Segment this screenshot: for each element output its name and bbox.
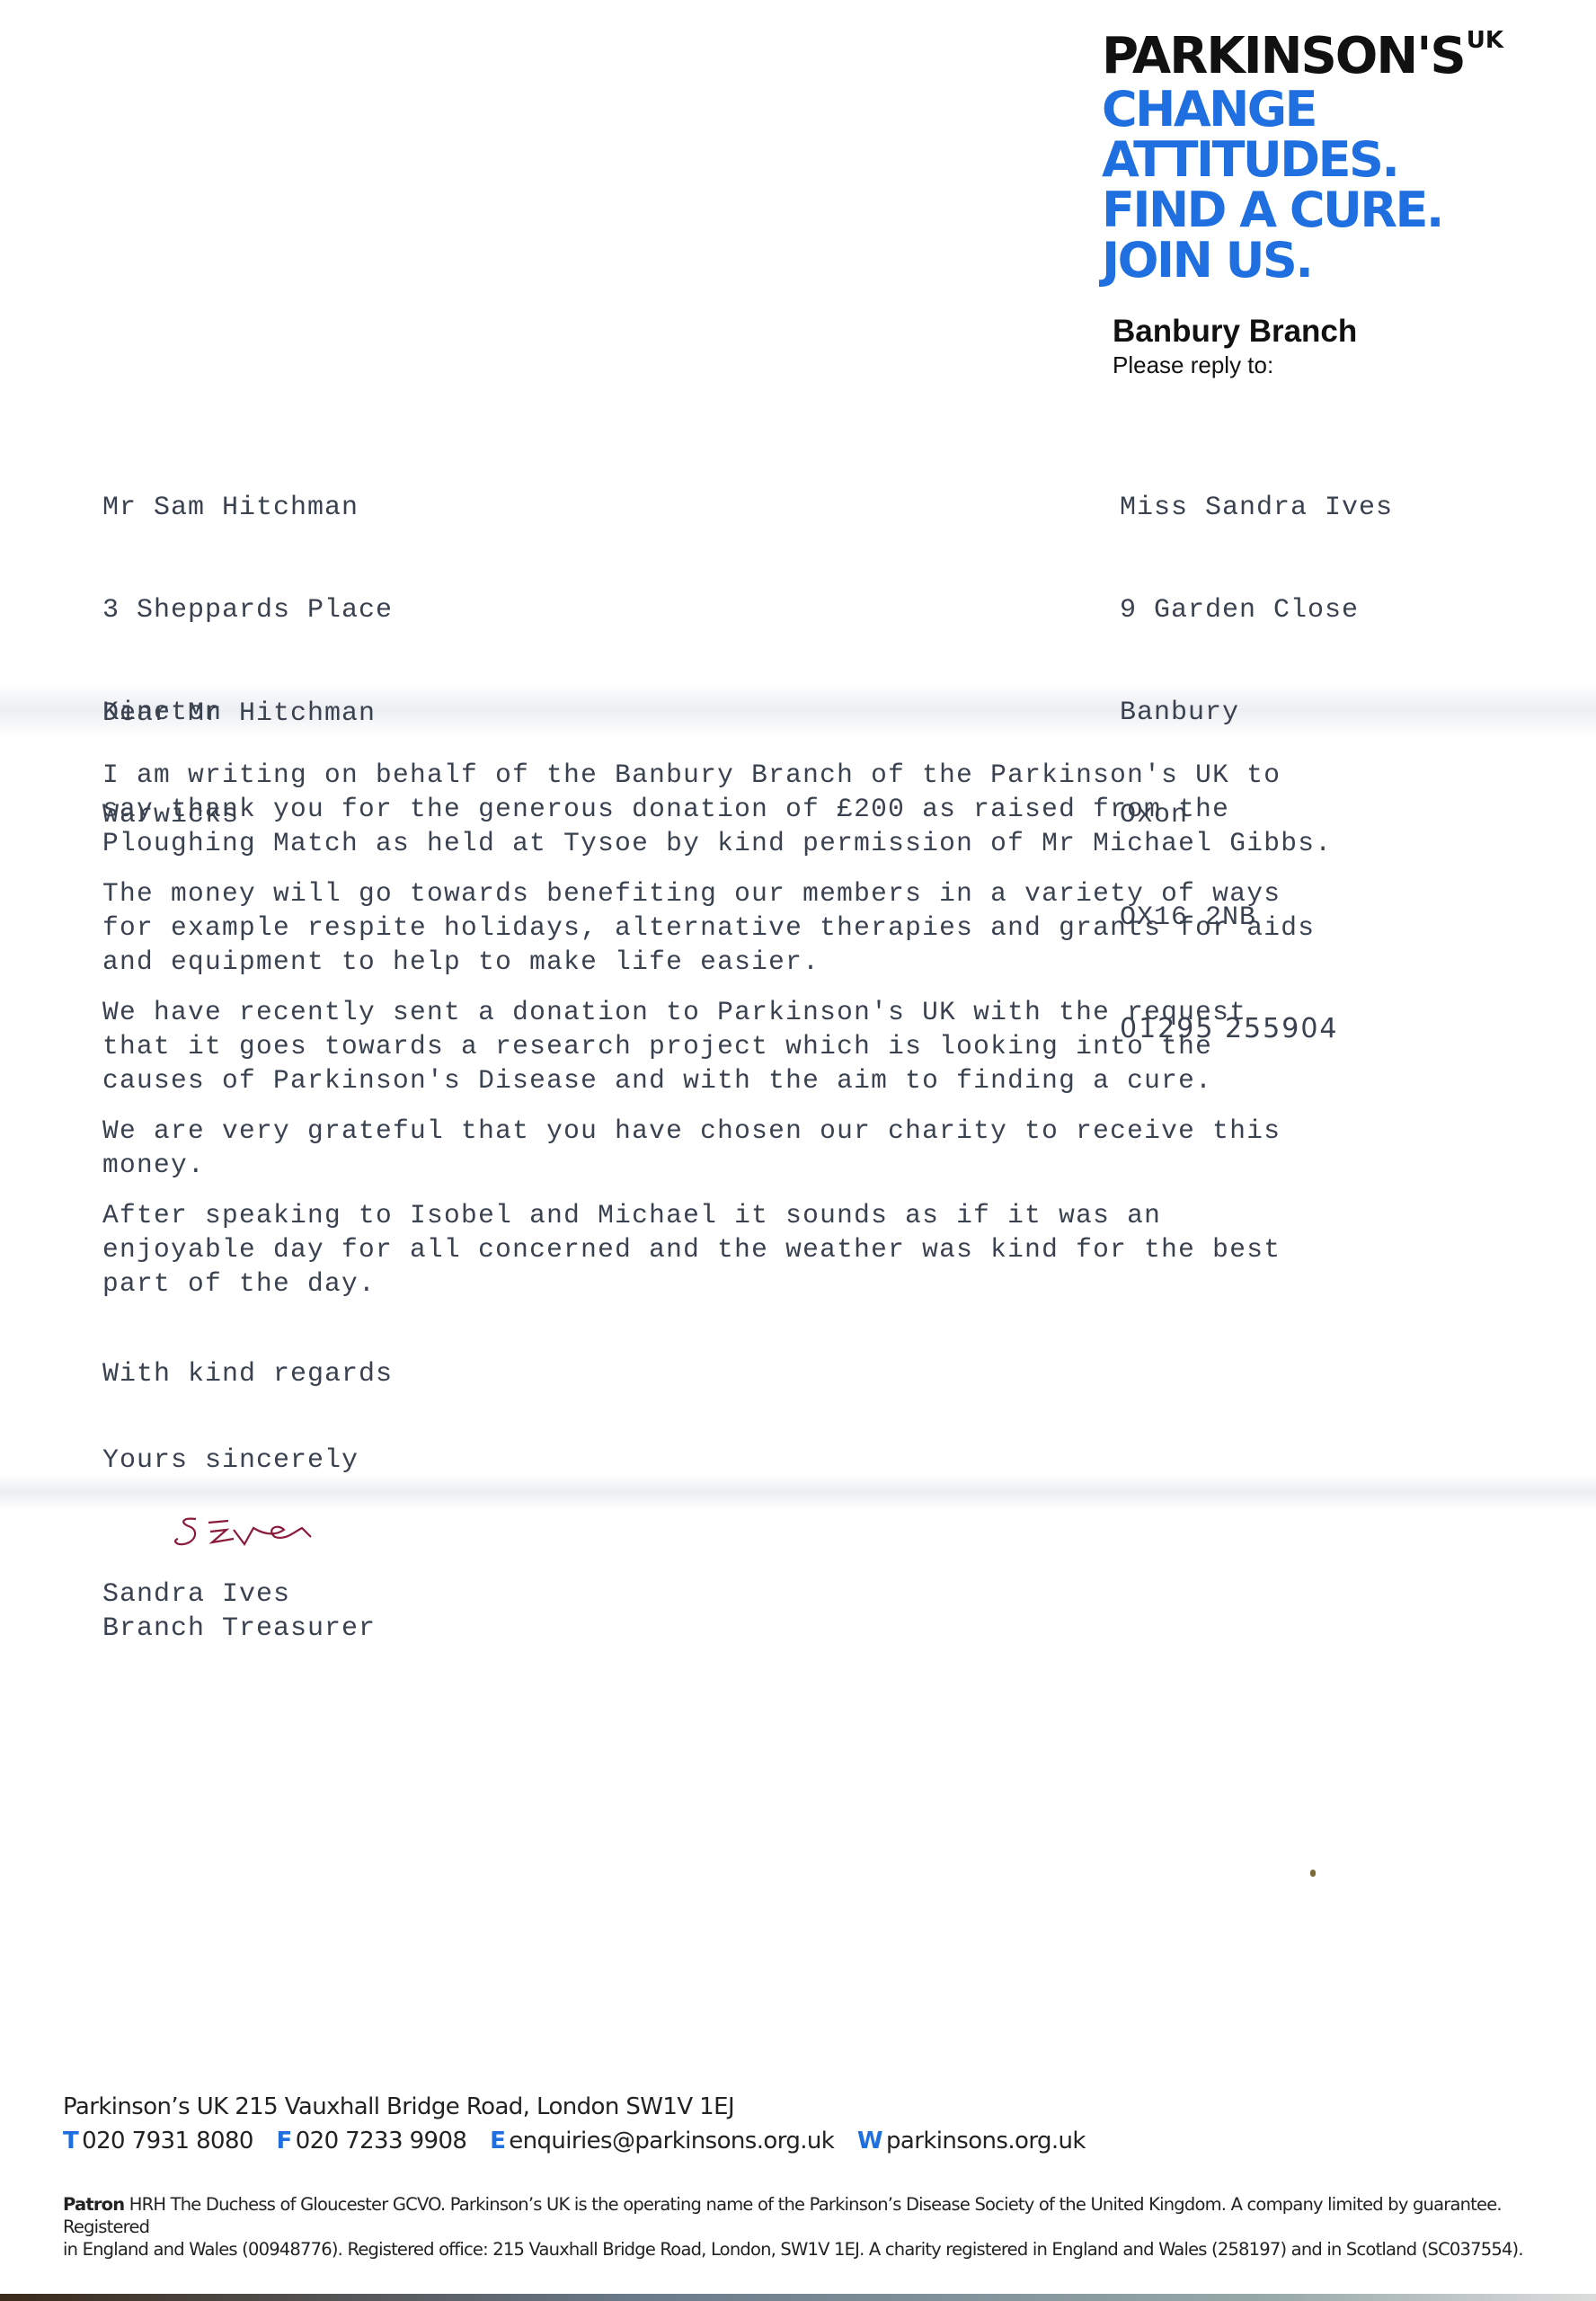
paragraph: The money will go towards benefiting our… <box>102 876 1504 979</box>
brand-suffix: UK <box>1467 27 1503 54</box>
phone-number: 020 7931 8080 <box>82 2128 253 2154</box>
web-label: W <box>857 2128 882 2154</box>
branch-name: Banbury Branch <box>1113 313 1357 351</box>
parkinsons-uk-logo: PARKINSON'SUK CHANGE ATTITUDES. FIND A C… <box>1102 13 1596 286</box>
paragraph: I am writing on behalf of the Banbury Br… <box>102 758 1504 860</box>
tagline-line: JOIN US. <box>1102 235 1596 286</box>
tagline-line: FIND A CURE. <box>1102 185 1596 235</box>
website: parkinsons.org.uk <box>886 2128 1086 2154</box>
email-address: enquiries@parkinsons.org.uk <box>509 2128 834 2154</box>
signature-icon <box>169 1510 331 1555</box>
address-line: Mr Sam Hitchman <box>102 491 393 525</box>
signoff-name: Sandra Ives <box>102 1577 376 1612</box>
paper-speck <box>1310 1870 1316 1877</box>
tagline-line: CHANGE ATTITUDES. <box>1102 84 1596 185</box>
legal-line: Patron HRH The Duchess of Gloucester GCV… <box>63 2193 1591 2238</box>
fax-label: F <box>277 2128 292 2154</box>
legal-notice: Patron HRH The Duchess of Gloucester GCV… <box>63 2193 1591 2261</box>
patron-label: Patron <box>63 2194 124 2215</box>
closing-regards: With kind regards <box>102 1359 393 1390</box>
paragraph: We are very grateful that you have chose… <box>102 1114 1504 1182</box>
page-edge <box>0 2294 1596 2301</box>
footer-contacts: T020 7931 8080 F020 7233 9908 Eenquiries… <box>63 2123 1102 2159</box>
signoff: Sandra Ives Branch Treasurer <box>102 1577 376 1646</box>
closing-sincerely: Yours sincerely <box>102 1444 393 1478</box>
email-label: E <box>490 2128 505 2154</box>
branch-header: Banbury Branch Please reply to: <box>1113 313 1357 379</box>
fax-number: 020 7233 9908 <box>296 2128 467 2154</box>
paragraph: We have recently sent a donation to Park… <box>102 995 1504 1097</box>
paper-fold-shadow <box>0 1474 1596 1510</box>
legal-line: in England and Wales (00948776). Registe… <box>63 2238 1591 2261</box>
footer: Parkinson’s UK 215 Vauxhall Bridge Road,… <box>63 2091 1102 2159</box>
address-line: 9 Garden Close <box>1120 593 1393 627</box>
address-line: Miss Sandra Ives <box>1120 491 1393 525</box>
closing: With kind regards Yours sincerely <box>102 1357 393 1478</box>
handwritten-signature <box>169 1510 331 1559</box>
legal-text: HRH The Duchess of Gloucester GCVO. Park… <box>63 2194 1502 2237</box>
paragraph: After speaking to Isobel and Michael it … <box>102 1198 1504 1301</box>
greeting: Dear Mr Hitchman <box>102 697 1504 731</box>
address-line: 3 Sheppards Place <box>102 593 393 627</box>
brand-name: PARKINSON'S <box>1102 27 1465 85</box>
signoff-title: Branch Treasurer <box>102 1612 376 1646</box>
brand-wordmark: PARKINSON'SUK <box>1102 13 1596 84</box>
phone-label: T <box>63 2128 78 2154</box>
letter-body: Dear Mr Hitchman I am writing on behalf … <box>102 697 1504 1317</box>
footer-address: Parkinson’s UK 215 Vauxhall Bridge Road,… <box>63 2091 1102 2123</box>
reply-label: Please reply to: <box>1113 351 1357 379</box>
